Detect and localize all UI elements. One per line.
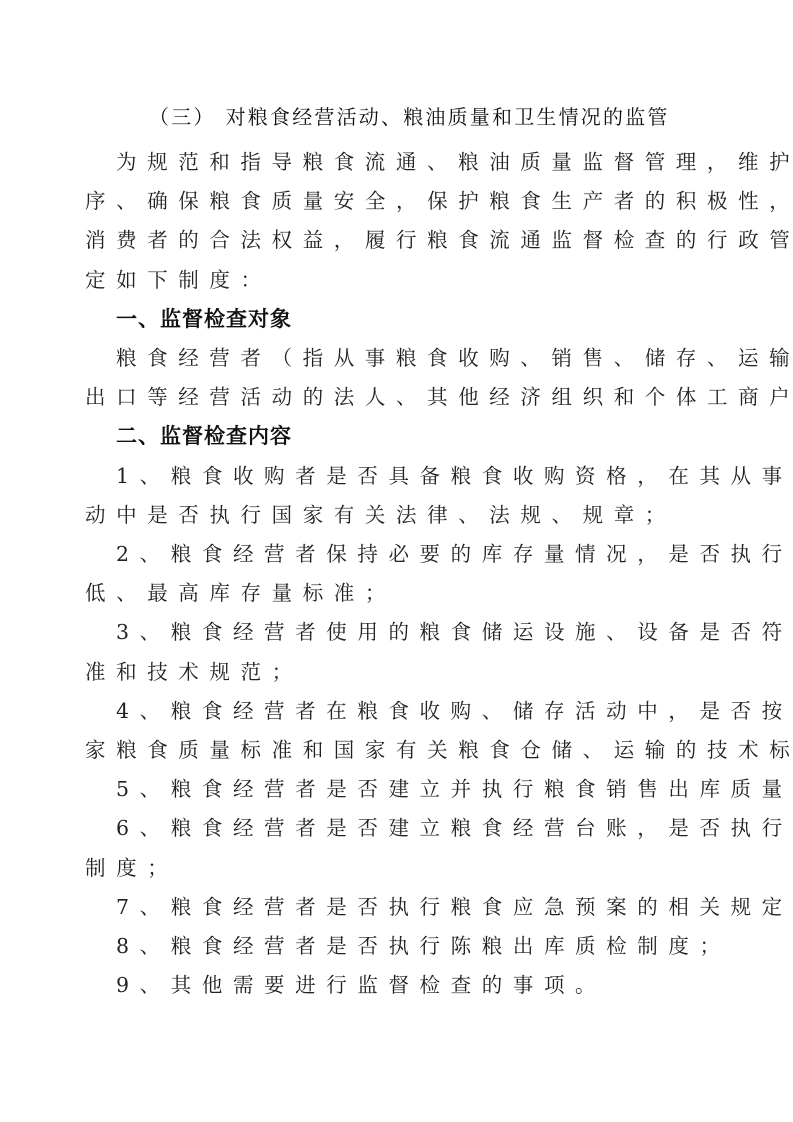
list-item-1: 1、粮食收购者是否具备粮食收购资格，在其从事的粮食收购活 动中是否执行国家有关法… <box>85 457 711 535</box>
list-item-8: 8、粮食经营者是否执行陈粮出库质检制度； <box>85 927 711 966</box>
list-item-4: 4、粮食经营者在粮食收购、储存活动中，是否按照规定执行国 家粮食质量标准和国家有… <box>85 692 711 770</box>
text-line: 2、粮食经营者保持必要的库存量情况，是否执行政府规定的最 <box>85 535 711 574</box>
section-number: （三） <box>149 105 216 129</box>
text-line: 动中是否执行国家有关法律、法规、规章； <box>85 496 711 535</box>
list-item-9: 9、其他需要进行监督检查的事项。 <box>85 966 711 1005</box>
text-line: 7、粮食经营者是否执行粮食应急预案的相关规定； <box>85 888 711 927</box>
section-title: （三）对粮食经营活动、粮油质量和卫生情况的监管 <box>85 98 711 137</box>
text-line: 5、粮食经营者是否建立并执行粮食销售出库质量检验制度； <box>85 770 711 809</box>
text-line: 家粮食质量标准和国家有关粮食仓储、运输的技术标准与规范； <box>85 731 711 770</box>
text-line: 3、粮食经营者使用的粮食储运设施、设备是否符合国家有关标 <box>85 613 711 652</box>
text-line: 消费者的合法权益，履行粮食流通监督检查的行政管理职责，特制 <box>85 221 711 260</box>
text-line: 6、粮食经营者是否建立粮食经营台账，是否执行粮食流通统计 <box>85 809 711 848</box>
text-line: 出口等经营活动的法人、其他经济组织和个体工商户）。 <box>85 378 711 417</box>
list-item-2: 2、粮食经营者保持必要的库存量情况，是否执行政府规定的最 低、最高库存量标准； <box>85 535 711 613</box>
list-item-7: 7、粮食经营者是否执行粮食应急预案的相关规定； <box>85 888 711 927</box>
text-line: 序、确保粮食质量安全，保护粮食生产者的积极性，维护经营者、 <box>85 182 711 221</box>
text-line: 定如下制度： <box>85 261 711 300</box>
paragraph-inspection-objects: 粮食经营者（指从事粮食收购、销售、储存、运输、加工、进 出口等经营活动的法人、其… <box>85 339 711 417</box>
text-line: 9、其他需要进行监督检查的事项。 <box>85 966 711 1005</box>
list-item-6: 6、粮食经营者是否建立粮食经营台账，是否执行粮食流通统计 制度； <box>85 809 711 887</box>
text-line: 粮食经营者（指从事粮食收购、销售、储存、运输、加工、进 <box>85 339 711 378</box>
section-title-text: 对粮食经营活动、粮油质量和卫生情况的监管 <box>226 105 670 129</box>
text-line: 为规范和指导粮食流通、粮油质量监督管理，维护粮食流通秩 <box>85 143 711 182</box>
heading-inspection-content: 二、监督检查内容 <box>85 417 711 456</box>
document-page: （三）对粮食经营活动、粮油质量和卫生情况的监管 为规范和指导粮食流通、粮油质量监… <box>85 98 711 1005</box>
text-line: 8、粮食经营者是否执行陈粮出库质检制度； <box>85 927 711 966</box>
text-line: 4、粮食经营者在粮食收购、储存活动中，是否按照规定执行国 <box>85 692 711 731</box>
text-line: 准和技术规范； <box>85 653 711 692</box>
text-line: 制度； <box>85 849 711 888</box>
intro-paragraph: 为规范和指导粮食流通、粮油质量监督管理，维护粮食流通秩 序、确保粮食质量安全，保… <box>85 143 711 300</box>
text-line: 低、最高库存量标准； <box>85 574 711 613</box>
heading-inspection-objects: 一、监督检查对象 <box>85 300 711 339</box>
list-item-3: 3、粮食经营者使用的粮食储运设施、设备是否符合国家有关标 准和技术规范； <box>85 613 711 691</box>
text-line: 1、粮食收购者是否具备粮食收购资格，在其从事的粮食收购活 <box>85 457 711 496</box>
list-item-5: 5、粮食经营者是否建立并执行粮食销售出库质量检验制度； <box>85 770 711 809</box>
